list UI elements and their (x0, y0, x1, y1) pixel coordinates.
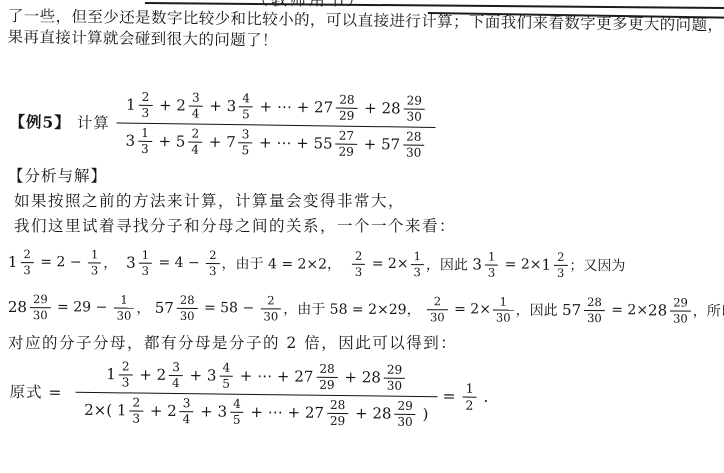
final-prefix: 原式 = (9, 380, 68, 403)
example-fraction: 123 + 234 + 345 + ⋯ + 272829 + 282930 31… (116, 87, 436, 162)
analysis-math-line-2: 282930 = 29 − 130， 572830 = 58 − 230，由于 … (8, 286, 724, 332)
analysis-line-1: 如果按照之前的方法来计算，计算量会变得非常大， (14, 189, 405, 211)
final-equation: 原式 = 123 + 234 + 345 + ⋯ + 272829 + 2829… (9, 356, 489, 433)
example-fraction-denominator: 313 + 524 + 735 + ⋯ + 552729 + 572830 (116, 122, 435, 162)
scanned-textbook-page: （教师用书） 了一些，但至少还是数字比较少和比较小的，可以直接进行计算；下面我们… (0, 0, 724, 473)
example-equation: 【例5】 计算 123 + 234 + 345 + ⋯ + 272829 + 2… (9, 86, 441, 163)
analysis-heading: 【分析与解】 (8, 164, 107, 186)
final-fraction-numerator: 123 + 234 + 345 + ⋯ + 272829 + 282930 (97, 357, 416, 396)
example-prefix: 计算 (77, 111, 110, 133)
example-label: 【例5】 (9, 110, 71, 133)
final-fraction: 123 + 234 + 345 + ⋯ + 272829 + 282930 2×… (75, 357, 438, 432)
header-rule-top (145, 2, 724, 9)
intro-paragraph: 了一些，但至少还是数字比较少和比较小的，可以直接进行计算；下面我们来看数字更多更… (7, 6, 723, 57)
example-fraction-numerator: 123 + 234 + 345 + ⋯ + 272829 + 282930 (117, 87, 436, 126)
final-result: = 12 . (442, 382, 488, 413)
analysis-math-line-1: 123 = 2 − 13， 313 = 4 − 23，由于 4 = 2×2， 2… (8, 242, 626, 285)
analysis-line-2: 我们这里试着寻找分子和分母之间的关系，一个一个来看： (14, 214, 456, 236)
analysis-line-3: 对应的分子分母，都有分母是分子的 2 倍，因此可以得到： (8, 331, 457, 353)
final-fraction-denominator: 2×( 123 + 234 + 345 + ⋯ + 272829 + 28293… (75, 392, 438, 432)
